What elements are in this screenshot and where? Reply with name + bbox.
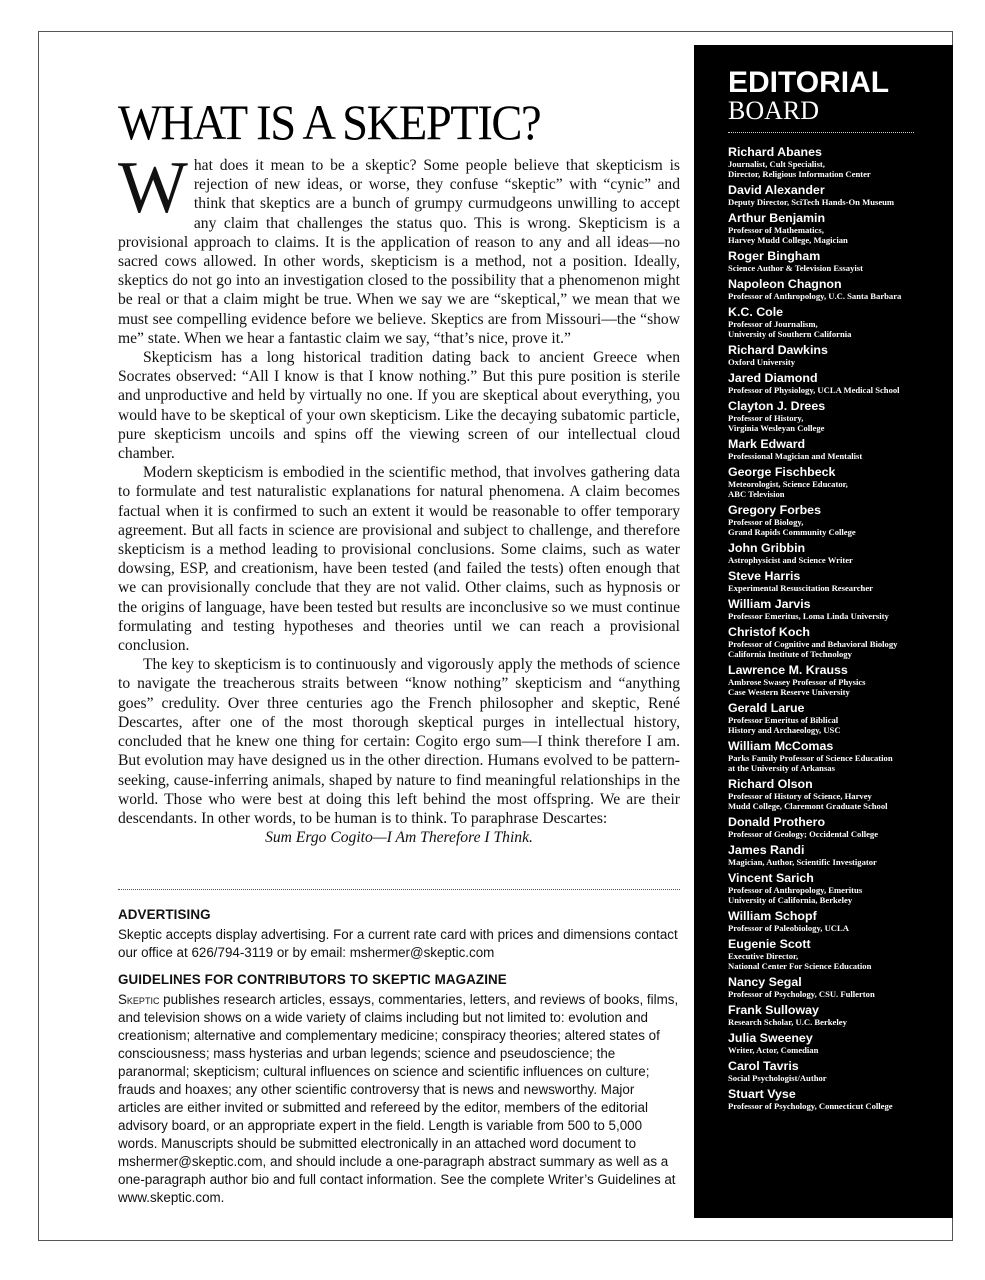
board-member: William SchopfProfessor of Paleobiology,… (728, 910, 948, 933)
member-name: Lawrence M. Krauss (728, 664, 948, 677)
member-role: Meteorologist, Science Educator, ABC Tel… (728, 479, 948, 499)
article: WHAT IS A SKEPTIC? What does it mean to … (118, 96, 680, 847)
member-name: David Alexander (728, 184, 948, 197)
board-member: John GribbinAstrophysicist and Science W… (728, 542, 948, 565)
member-name: K.C. Cole (728, 306, 948, 319)
board-member: Eugenie ScottExecutive Director, Nationa… (728, 938, 948, 971)
board-member: Stuart VyseProfessor of Psychology, Conn… (728, 1088, 948, 1111)
guidelines-text: Skeptic publishes research articles, ess… (118, 991, 680, 1207)
member-name: Gerald Larue (728, 702, 948, 715)
guidelines-heading: GUIDELINES FOR CONTRIBUTORS TO SKEPTIC M… (118, 972, 680, 987)
member-name: Gregory Forbes (728, 504, 948, 517)
board-member: Vincent SarichProfessor of Anthropology,… (728, 872, 948, 905)
board-member: William JarvisProfessor Emeritus, Loma L… (728, 598, 948, 621)
member-role: Professor Emeritus, Loma Linda Universit… (728, 611, 948, 621)
board-member: Carol TavrisSocial Psychologist/Author (728, 1060, 948, 1083)
member-role: Journalist, Cult Specialist, Director, R… (728, 159, 948, 179)
member-role: Writer, Actor, Comedian (728, 1045, 948, 1055)
board-member: Julia SweeneyWriter, Actor, Comedian (728, 1032, 948, 1055)
magazine-name: Skeptic (118, 992, 159, 1007)
member-name: Carol Tavris (728, 1060, 948, 1073)
paragraph-3: Modern skepticism is embodied in the sci… (118, 463, 680, 655)
member-name: Vincent Sarich (728, 872, 948, 885)
member-role: Oxford University (728, 357, 948, 367)
member-role: Magician, Author, Scientific Investigato… (728, 857, 948, 867)
member-role: Professor of History of Science, Harvey … (728, 791, 948, 811)
board-member: David AlexanderDeputy Director, SciTech … (728, 184, 948, 207)
member-name: Richard Olson (728, 778, 948, 791)
member-role: Science Author & Television Essayist (728, 263, 948, 273)
guidelines-block: GUIDELINES FOR CONTRIBUTORS TO SKEPTIC M… (118, 972, 680, 1207)
board-member: Gregory ForbesProfessor of Biology, Gran… (728, 504, 948, 537)
member-role: Parks Family Professor of Science Educat… (728, 753, 948, 773)
member-role: Professor of Psychology, Connecticut Col… (728, 1101, 948, 1111)
member-name: Richard Dawkins (728, 344, 948, 357)
board-member: Christof KochProfessor of Cognitive and … (728, 626, 948, 659)
board-member: Gerald LarueProfessor Emeritus of Biblic… (728, 702, 948, 735)
board-member: K.C. ColeProfessor of Journalism, Univer… (728, 306, 948, 339)
member-role: Professor of Mathematics, Harvey Mudd Co… (728, 225, 948, 245)
member-role: Professor of Cognitive and Behavioral Bi… (728, 639, 948, 659)
board-member: Clayton J. DreesProfessor of History, Vi… (728, 400, 948, 433)
member-name: Christof Koch (728, 626, 948, 639)
member-role: Professor of Psychology, CSU. Fullerton (728, 989, 948, 999)
member-name: William Jarvis (728, 598, 948, 611)
member-role: Professor of Anthropology, Emeritus Univ… (728, 885, 948, 905)
paragraph-1: What does it mean to be a skeptic? Some … (118, 156, 680, 348)
member-name: Stuart Vyse (728, 1088, 948, 1101)
board-member: William McComasParks Family Professor of… (728, 740, 948, 773)
member-role: Professor of History, Virginia Wesleyan … (728, 413, 948, 433)
member-name: James Randi (728, 844, 948, 857)
member-name: Nancy Segal (728, 976, 948, 989)
board-member: Mark EdwardProfessional Magician and Men… (728, 438, 948, 461)
member-role: Experimental Resuscitation Researcher (728, 583, 948, 593)
member-name: George Fischbeck (728, 466, 948, 479)
advertising-text: Skeptic accepts display advertising. For… (118, 926, 680, 962)
member-name: John Gribbin (728, 542, 948, 555)
section-divider (118, 889, 680, 890)
editorial-board-subtitle: BOARD (728, 97, 819, 125)
member-name: Frank Sulloway (728, 1004, 948, 1017)
member-name: William McComas (728, 740, 948, 753)
member-role: Research Scholar, U.C. Berkeley (728, 1017, 948, 1027)
paragraph-2: Skepticism has a long historical traditi… (118, 348, 680, 463)
member-role: Professional Magician and Mentalist (728, 451, 948, 461)
closing-quote: Sum Ergo Cogito—I Am Therefore I Think. (118, 828, 680, 847)
member-name: Donald Prothero (728, 816, 948, 829)
article-body: What does it mean to be a skeptic? Some … (118, 156, 680, 847)
member-role: Professor Emeritus of Biblical History a… (728, 715, 948, 735)
member-name: Jared Diamond (728, 372, 948, 385)
member-role: Ambrose Swasey Professor of Physics Case… (728, 677, 948, 697)
member-role: Professor of Biology, Grand Rapids Commu… (728, 517, 948, 537)
member-role: Professor of Paleobiology, UCLA (728, 923, 948, 933)
member-role: Deputy Director, SciTech Hands-On Museum (728, 197, 948, 207)
board-member: Donald ProtheroProfessor of Geology; Occ… (728, 816, 948, 839)
member-role: Professor of Geology; Occidental College (728, 829, 948, 839)
board-divider (728, 132, 914, 133)
member-name: Richard Abanes (728, 146, 948, 159)
board-member: Frank SullowayResearch Scholar, U.C. Ber… (728, 1004, 948, 1027)
board-member: Nancy SegalProfessor of Psychology, CSU.… (728, 976, 948, 999)
member-name: Steve Harris (728, 570, 948, 583)
member-role: Professor of Physiology, UCLA Medical Sc… (728, 385, 948, 395)
member-name: Julia Sweeney (728, 1032, 948, 1045)
info-section: ADVERTISING Skeptic accepts display adve… (118, 907, 680, 1207)
board-member-list: Richard AbanesJournalist, Cult Specialis… (728, 146, 948, 1116)
member-role: Executive Director, National Center For … (728, 951, 948, 971)
board-member: Richard DawkinsOxford University (728, 344, 948, 367)
board-member: Richard OlsonProfessor of History of Sci… (728, 778, 948, 811)
board-member: Napoleon ChagnonProfessor of Anthropolog… (728, 278, 948, 301)
member-name: William Schopf (728, 910, 948, 923)
paragraph-4: The key to skepticism is to continuously… (118, 655, 680, 828)
member-role: Social Psychologist/Author (728, 1073, 948, 1083)
drop-cap: W (118, 158, 188, 216)
member-name: Napoleon Chagnon (728, 278, 948, 291)
member-name: Mark Edward (728, 438, 948, 451)
board-member: Lawrence M. KraussAmbrose Swasey Profess… (728, 664, 948, 697)
board-member: Arthur BenjaminProfessor of Mathematics,… (728, 212, 948, 245)
board-member: Steve HarrisExperimental Resuscitation R… (728, 570, 948, 593)
member-name: Eugenie Scott (728, 938, 948, 951)
board-member: Jared DiamondProfessor of Physiology, UC… (728, 372, 948, 395)
member-name: Arthur Benjamin (728, 212, 948, 225)
editorial-board-panel: EDITORIAL BOARD Richard AbanesJournalist… (694, 45, 953, 1218)
board-member: Richard AbanesJournalist, Cult Specialis… (728, 146, 948, 179)
board-member: George FischbeckMeteorologist, Science E… (728, 466, 948, 499)
advertising-heading: ADVERTISING (118, 907, 680, 922)
member-role: Astrophysicist and Science Writer (728, 555, 948, 565)
board-member: Roger BinghamScience Author & Television… (728, 250, 948, 273)
member-role: Professor of Anthropology, U.C. Santa Ba… (728, 291, 948, 301)
member-role: Professor of Journalism, University of S… (728, 319, 948, 339)
board-member: James RandiMagician, Author, Scientific … (728, 844, 948, 867)
editorial-board-title: EDITORIAL (728, 67, 889, 99)
member-name: Roger Bingham (728, 250, 948, 263)
member-name: Clayton J. Drees (728, 400, 948, 413)
article-title: WHAT IS A SKEPTIC? (118, 96, 641, 148)
